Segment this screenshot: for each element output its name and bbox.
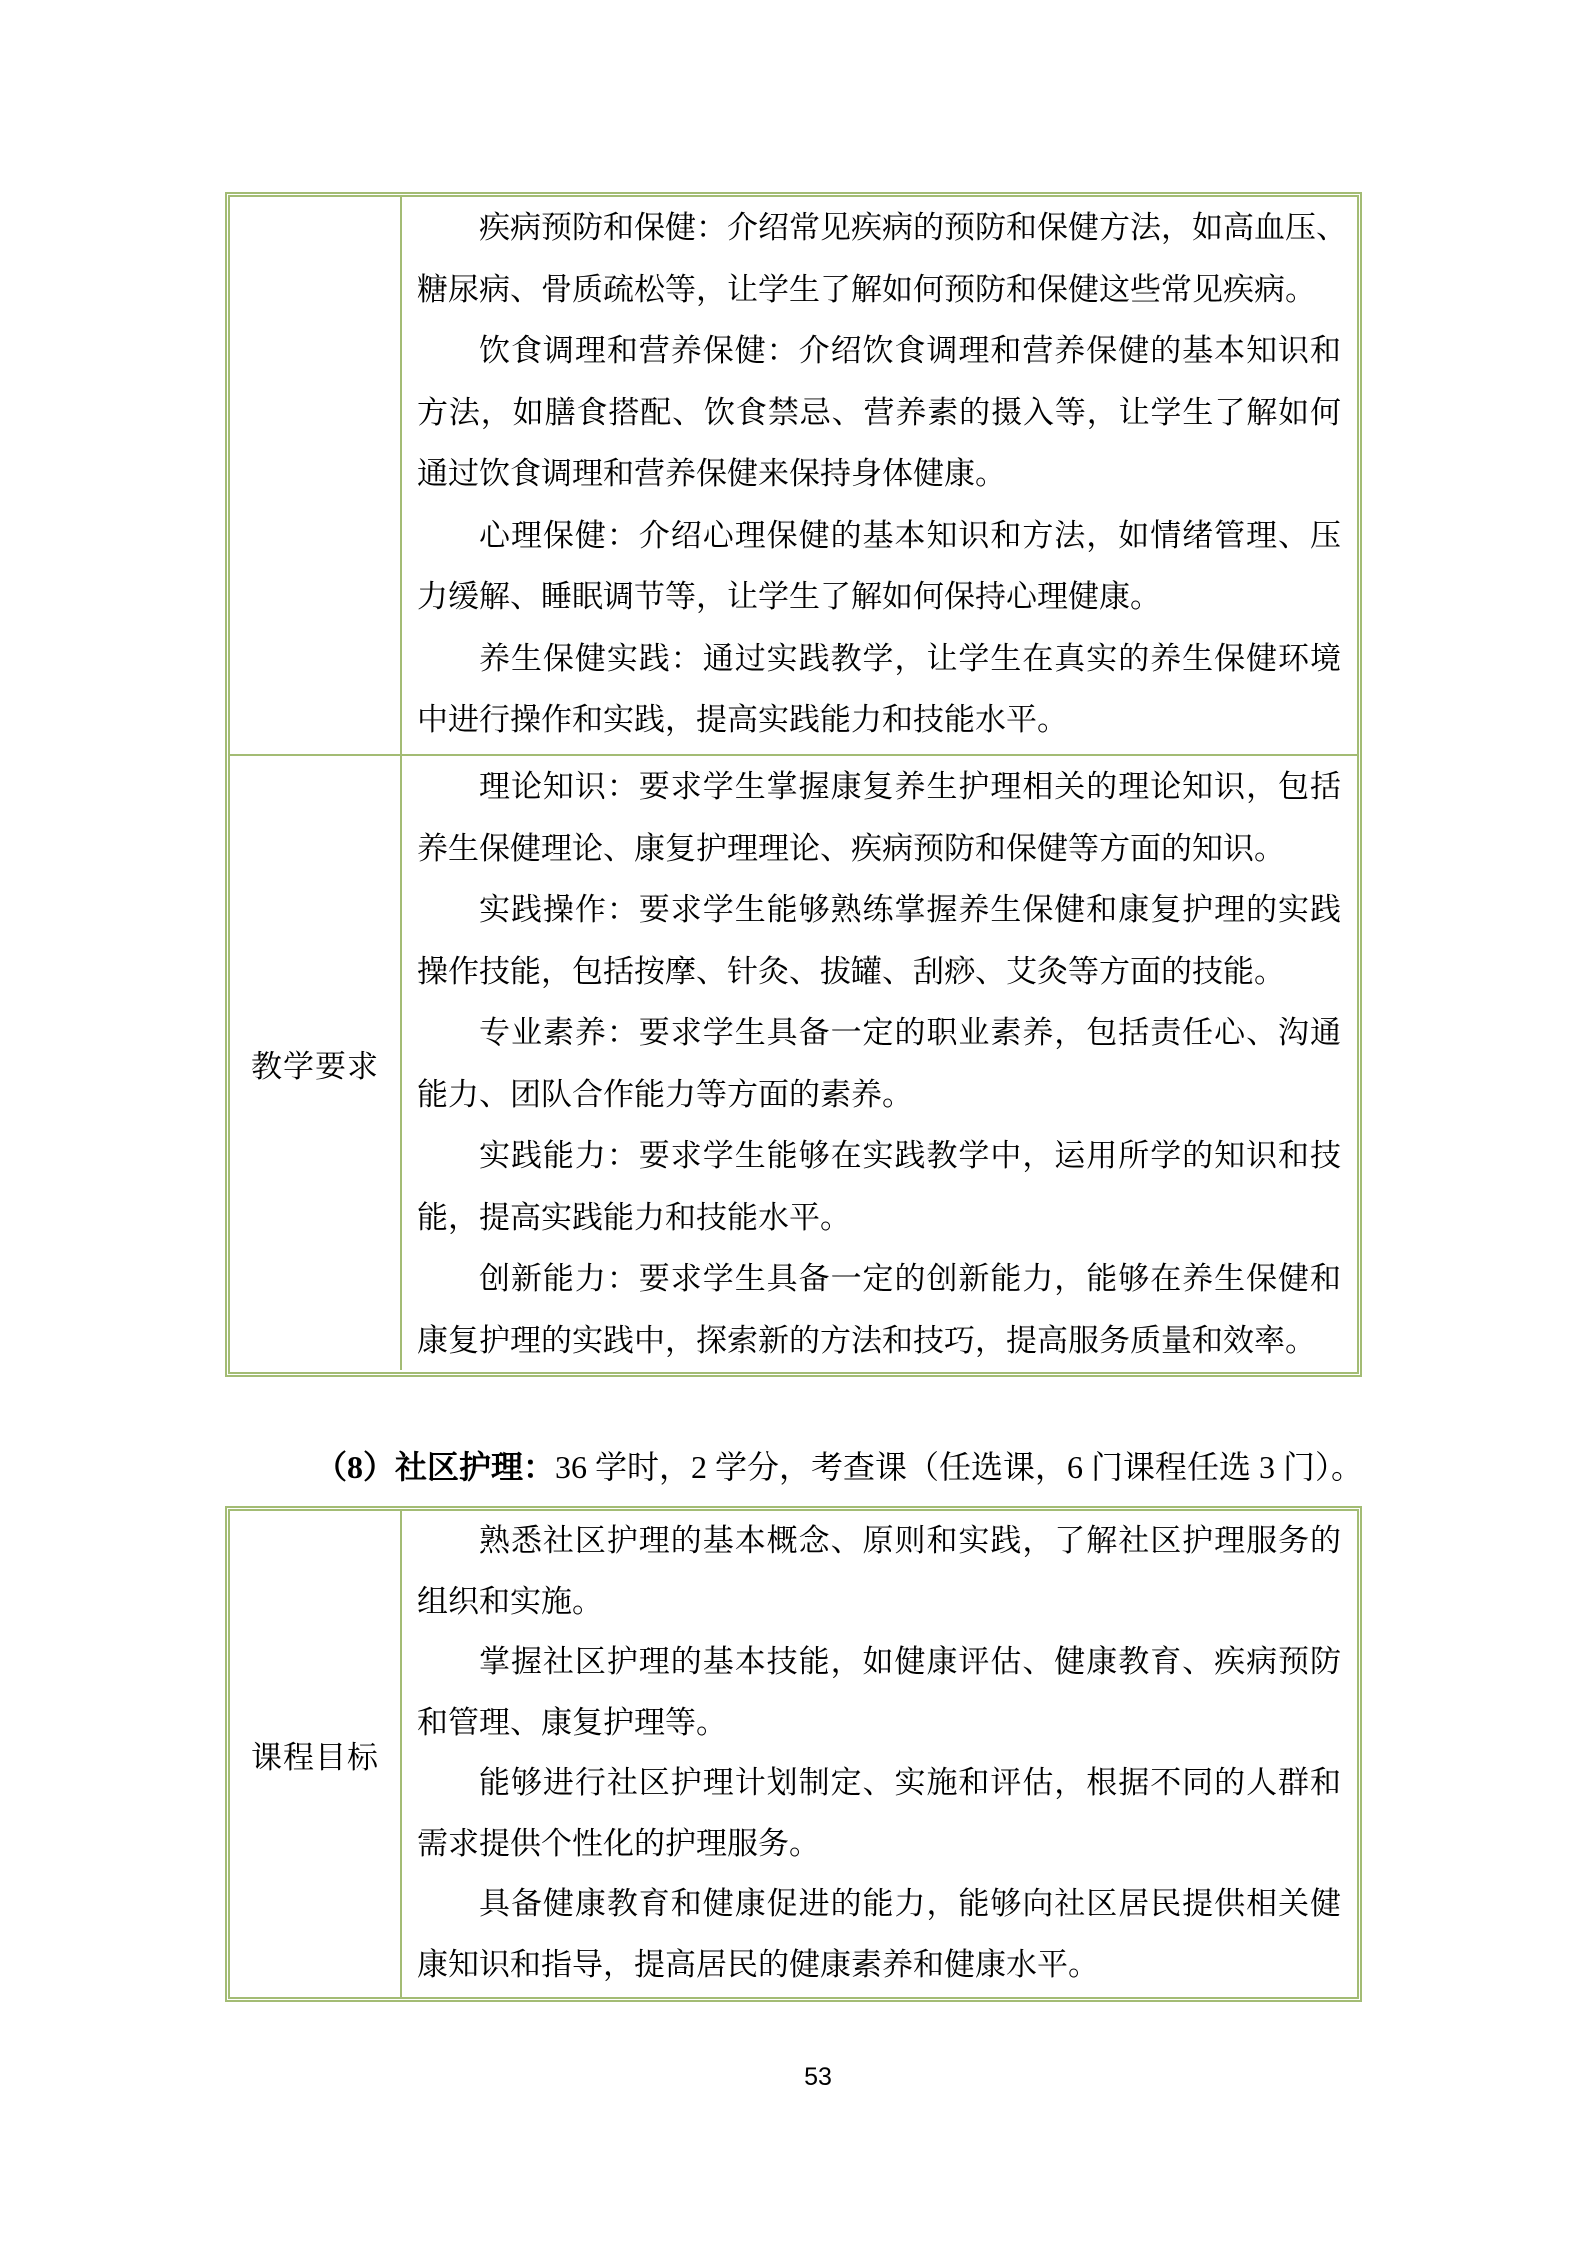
section-heading-bold: （8）社区护理： (315, 1449, 555, 1485)
content-line: 能够进行社区护理计划制定、实施和评估，根据不同的人群和 (417, 1753, 1341, 1814)
table-row: 教学要求 理论知识：要求学生掌握康复养生护理相关的理论知识，包括 养生保健理论、… (230, 754, 1357, 1370)
content-line: 专业素养：要求学生具备一定的职业素养，包括责任心、沟通 (417, 1002, 1341, 1064)
content-line: 力缓解、睡眠调节等，让学生了解如何保持心理健康。 (417, 566, 1341, 628)
content-line: 实践能力：要求学生能够在实践教学中，运用所学的知识和技 (417, 1125, 1341, 1187)
content-line: 康知识和指导，提高居民的健康素养和健康水平。 (417, 1935, 1341, 1996)
course-content-cell: 理论知识：要求学生掌握康复养生护理相关的理论知识，包括 养生保健理论、康复护理理… (402, 756, 1357, 1370)
row-label-cell-empty (230, 197, 402, 754)
section-heading-community-nursing: （8）社区护理：36 学时，2 学分，考查课（任选课，6 门课程任选 3 门）。 (315, 1436, 1363, 1498)
section-heading-normal: 36 学时，2 学分，考查课（任选课，6 门课程任选 3 门）。 (555, 1449, 1363, 1485)
row-label-course-objectives: 课程目标 (230, 1511, 402, 1997)
content-line: 饮食调理和营养保健：介绍饮食调理和营养保健的基本知识和 (417, 320, 1341, 382)
content-line: 需求提供个性化的护理服务。 (417, 1814, 1341, 1875)
row-label-teaching-requirements: 教学要求 (230, 756, 402, 1370)
document-page: 疾病预防和保健：介绍常见疾病的预防和保健方法，如高血压、 糖尿病、骨质疏松等，让… (0, 0, 1587, 2245)
content-line: 熟悉社区护理的基本概念、原则和实践，了解社区护理服务的 (417, 1511, 1341, 1572)
content-line: 能力、团队合作能力等方面的素养。 (417, 1064, 1341, 1126)
course-table-rehab-nursing: 疾病预防和保健：介绍常见疾病的预防和保健方法，如高血压、 糖尿病、骨质疏松等，让… (225, 192, 1362, 1377)
content-line: 糖尿病、骨质疏松等，让学生了解如何预防和保健这些常见疾病。 (417, 259, 1341, 321)
content-line: 实践操作：要求学生能够熟练掌握养生保健和康复护理的实践 (417, 879, 1341, 941)
content-line: 通过饮食调理和营养保健来保持身体健康。 (417, 443, 1341, 505)
content-line: 和管理、康复护理等。 (417, 1693, 1341, 1754)
content-line: 理论知识：要求学生掌握康复养生护理相关的理论知识，包括 (417, 756, 1341, 818)
course-table-community-nursing: 课程目标 熟悉社区护理的基本概念、原则和实践，了解社区护理服务的 组织和实施。 … (225, 1506, 1362, 2002)
content-line: 康复护理的实践中，探索新的方法和技巧，提高服务质量和效率。 (417, 1310, 1341, 1371)
page-number: 53 (804, 2060, 832, 2094)
content-line: 心理保健：介绍心理保健的基本知识和方法，如情绪管理、压 (417, 505, 1341, 567)
content-line: 组织和实施。 (417, 1572, 1341, 1633)
content-line: 操作技能，包括按摩、针灸、拔罐、刮痧、艾灸等方面的技能。 (417, 941, 1341, 1003)
content-line: 方法，如膳食搭配、饮食禁忌、营养素的摄入等，让学生了解如何 (417, 382, 1341, 444)
content-line: 中进行操作和实践，提高实践能力和技能水平。 (417, 689, 1341, 751)
content-line: 创新能力：要求学生具备一定的创新能力，能够在养生保健和 (417, 1248, 1341, 1310)
content-line: 掌握社区护理的基本技能，如健康评估、健康教育、疾病预防 (417, 1632, 1341, 1693)
content-line: 能，提高实践能力和技能水平。 (417, 1187, 1341, 1249)
course-content-cell: 熟悉社区护理的基本概念、原则和实践，了解社区护理服务的 组织和实施。 掌握社区护… (402, 1511, 1357, 1997)
content-line: 具备健康教育和健康促进的能力，能够向社区居民提供相关健 (417, 1874, 1341, 1935)
content-line: 养生保健实践：通过实践教学，让学生在真实的养生保健环境 (417, 628, 1341, 690)
course-content-cell: 疾病预防和保健：介绍常见疾病的预防和保健方法，如高血压、 糖尿病、骨质疏松等，让… (402, 197, 1357, 754)
table-row: 课程目标 熟悉社区护理的基本概念、原则和实践，了解社区护理服务的 组织和实施。 … (230, 1511, 1357, 1997)
content-line: 养生保健理论、康复护理理论、疾病预防和保健等方面的知识。 (417, 818, 1341, 880)
table-row: 疾病预防和保健：介绍常见疾病的预防和保健方法，如高血压、 糖尿病、骨质疏松等，让… (230, 197, 1357, 754)
content-line: 疾病预防和保健：介绍常见疾病的预防和保健方法，如高血压、 (417, 197, 1341, 259)
